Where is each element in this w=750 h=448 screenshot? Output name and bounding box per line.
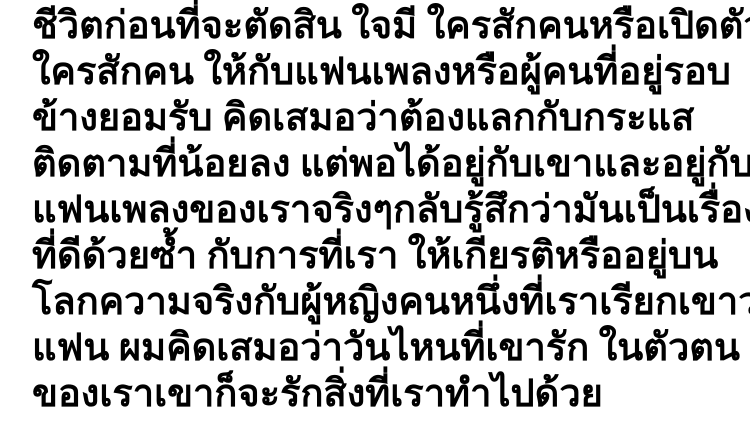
text-line-8: แฟน ผมคิดเสมอว่าวันไหนที่เขารัก ในตัวตน bbox=[32, 325, 740, 371]
text-line-7: โลกความจริงกับผู้หญิงคนหนึ่งที่เราเรียกเ… bbox=[32, 279, 740, 325]
text-line-3: ข้างยอมรับ คิดเสมอว่าต้องแลกกับกระแส bbox=[32, 95, 740, 141]
text-line-6: ที่ดีด้วยซ้ำ กับการที่เรา ให้เกียรติหรือ… bbox=[32, 233, 740, 279]
text-line-4: ติดตามที่น้อยลง แต่พอได้อยู่กับเขาและอยู… bbox=[32, 141, 740, 187]
text-line-9: ของเราเขาก็จะรักสิ่งที่เราทำไปด้วย bbox=[32, 371, 740, 417]
text-line-5: แฟนเพลงของเราจริงๆกลับรู้สึกว่ามันเป็นเร… bbox=[32, 187, 740, 233]
thai-text-block: ชีวิตก่อนที่จะตัดสิน ใจมี ใครสักคนหรือเป… bbox=[0, 0, 750, 417]
text-line-1: ชีวิตก่อนที่จะตัดสิน ใจมี ใครสักคนหรือเป… bbox=[32, 3, 740, 49]
text-line-2: ใครสักคน ให้กับแฟนเพลงหรือผู้คนที่อยู่รอ… bbox=[32, 49, 740, 95]
